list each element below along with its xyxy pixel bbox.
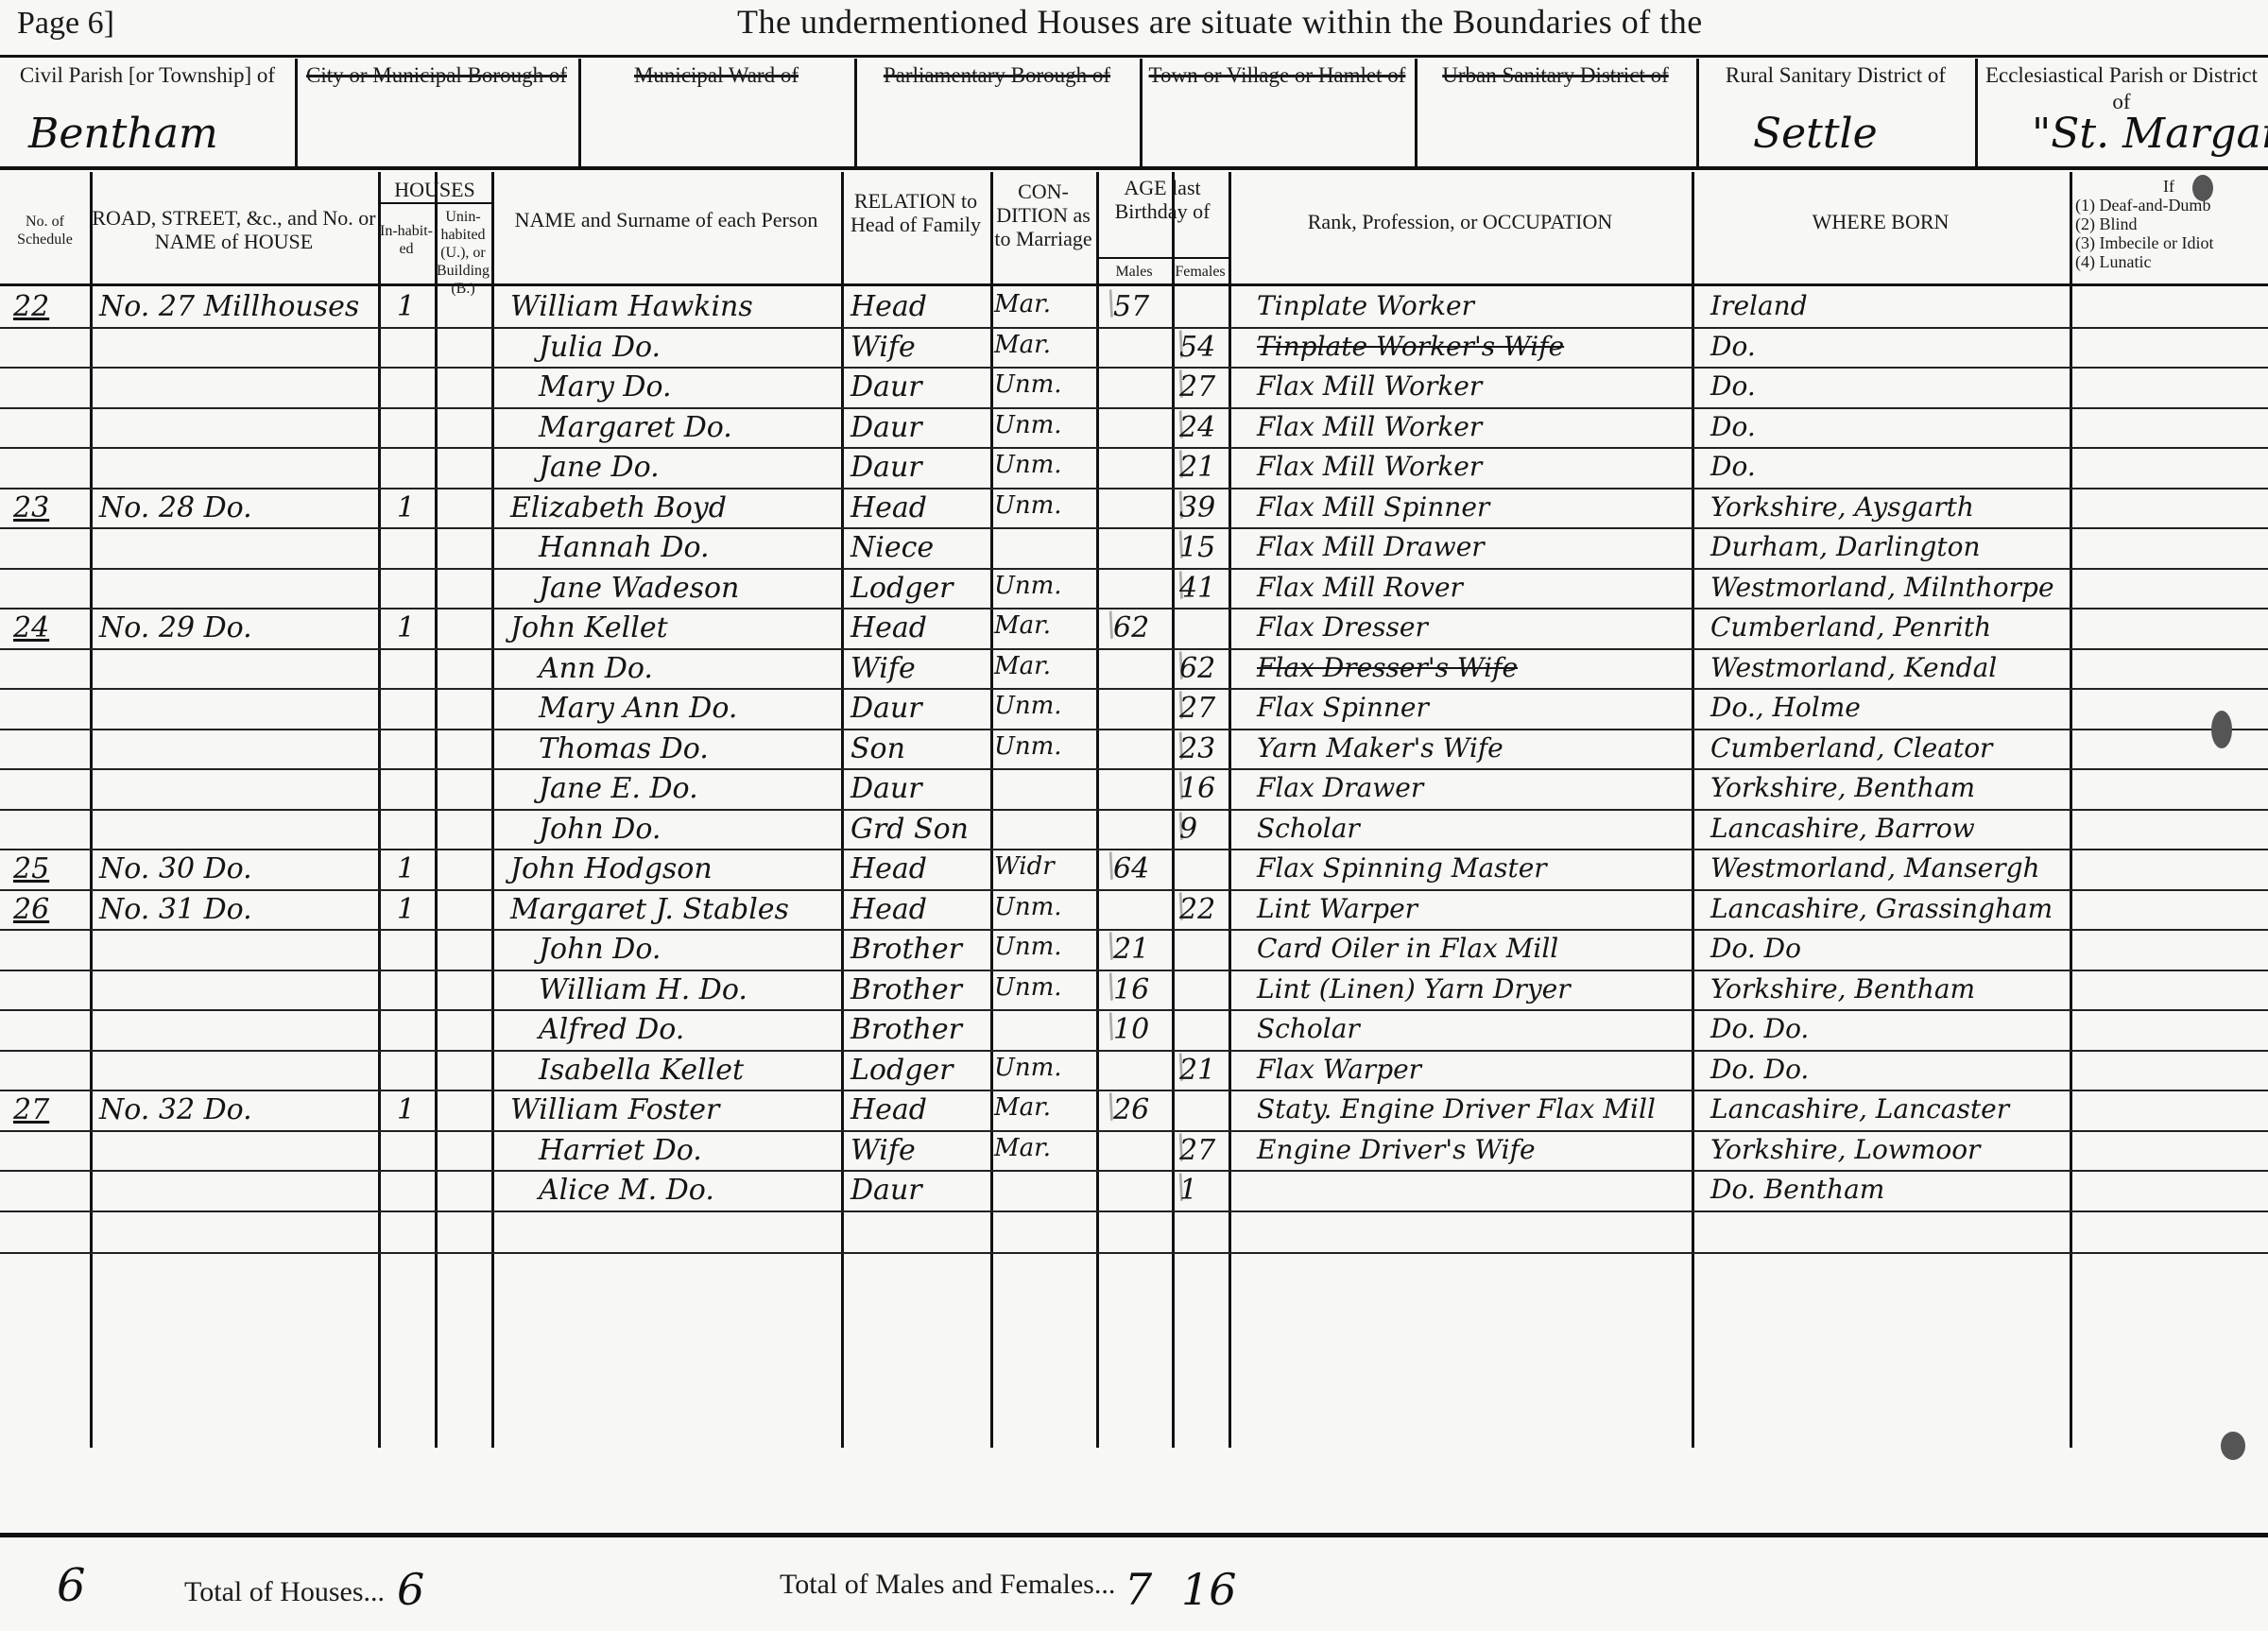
cell-occupation: Scholar	[1257, 813, 1360, 844]
cell-born: Lancashire, Grassingham	[1710, 893, 2053, 924]
cell-condition: Mar.	[994, 652, 1051, 680]
table-row	[0, 409, 2268, 450]
cell-occupation: Flax Mill Worker	[1257, 411, 1482, 442]
column-header-name: NAME and Surname of each Person	[493, 208, 839, 232]
row-line	[0, 1210, 2268, 1212]
cell-born: Yorkshire, Bentham	[1710, 973, 1975, 1004]
column-header-infirm-3: (3) Imbecile or Idiot	[2075, 234, 2264, 252]
cell-name: John Hodgson	[510, 852, 713, 885]
cell-relation: Brother	[850, 1013, 962, 1046]
cell-born: Cumberland, Cleator	[1710, 732, 1992, 764]
cell-schedule: 26	[13, 893, 49, 926]
cell-relation: Daur	[850, 1174, 922, 1207]
cell-occupation: Tinplate Worker's Wife	[1257, 331, 1564, 362]
cell-name: Alice M. Do.	[539, 1174, 714, 1207]
total-houses: 6	[397, 1564, 424, 1615]
cell-name: William Foster	[510, 1093, 719, 1126]
cell-condition: Mar.	[994, 331, 1051, 359]
cell-condition: Unm.	[994, 933, 1062, 961]
cell-relation: Daur	[850, 411, 922, 444]
cell-born: Do. Do	[1710, 933, 1801, 964]
column-header-females: Females	[1172, 263, 1228, 281]
cell-name: Thomas Do.	[539, 732, 709, 765]
cell-inhabited: 1	[397, 491, 415, 524]
cell-condition: Unm.	[994, 491, 1062, 520]
cell-name: William Hawkins	[510, 290, 753, 323]
cell-occupation: Flax Dresser	[1257, 611, 1428, 643]
cell-born: Do. Do.	[1710, 1054, 1809, 1085]
divider	[295, 59, 298, 166]
cell-address: No. 30 Do.	[99, 852, 252, 885]
cell-name: John Do.	[539, 813, 661, 846]
table-row	[0, 329, 2268, 369]
cell-born: Westmorland, Kendal	[1710, 652, 1997, 683]
cell-relation: Son	[850, 732, 905, 765]
cell-relation: Daur	[850, 772, 922, 805]
cell-inhabited: 1	[397, 1093, 415, 1126]
age-underline	[1096, 257, 1228, 259]
cell-condition: Mar.	[994, 611, 1051, 640]
column-header-condition: CON-DITION as to Marriage	[992, 180, 1094, 250]
cell-inhabited: 1	[397, 611, 415, 644]
total-males: 7	[1125, 1564, 1152, 1615]
total-females: 16	[1181, 1564, 1237, 1615]
boundary-label: Municipal Ward of	[584, 62, 849, 89]
cell-relation: Wife	[850, 331, 916, 364]
cell-occupation: Lint (Linen) Yarn Dryer	[1257, 973, 1571, 1004]
cell-occupation: Flax Drawer	[1257, 772, 1423, 803]
cell-relation: Head	[850, 290, 927, 323]
cell-born: Ireland	[1710, 290, 1808, 321]
cell-relation: Head	[850, 491, 927, 524]
cell-name: Ann Do.	[539, 652, 653, 685]
divider	[1415, 59, 1417, 166]
cell-occupation: Card Oiler in Flax Mill	[1257, 933, 1558, 964]
cell-condition: Unm.	[994, 973, 1062, 1002]
cell-born: Lancashire, Barrow	[1710, 813, 1975, 844]
cell-born: Cumberland, Penrith	[1710, 611, 1991, 643]
cell-occupation: Yarn Maker's Wife	[1257, 732, 1503, 764]
cell-born: Yorkshire, Lowmoor	[1710, 1134, 1980, 1165]
cell-born: Do.	[1710, 411, 1756, 442]
boundary-banner: The undermentioned Houses are situate wi…	[737, 2, 1703, 42]
divider	[1696, 59, 1699, 166]
cell-schedule: 27	[13, 1093, 49, 1126]
table-row	[0, 1172, 2268, 1212]
cell-relation: Head	[850, 611, 927, 644]
column-header-schedule: No. of Schedule	[2, 213, 88, 249]
header-bottom-rule	[0, 283, 2268, 286]
boundary-label: Town or Village or Hamlet of	[1145, 62, 1409, 89]
cell-occupation: Flax Mill Drawer	[1257, 531, 1485, 562]
column-header-males: Males	[1096, 263, 1172, 281]
cell-name: Margaret J. Stables	[510, 893, 789, 926]
cell-condition: Mar.	[994, 1134, 1051, 1162]
rule-line	[0, 55, 2268, 58]
cell-address: No. 28 Do.	[99, 491, 252, 524]
table-row	[0, 1052, 2268, 1092]
divider	[1140, 59, 1143, 166]
column-header-infirm-2: (2) Blind	[2075, 215, 2264, 233]
cell-occupation: Tinplate Worker	[1257, 290, 1474, 321]
cell-occupation: Flax Spinner	[1257, 692, 1429, 723]
cell-name: John Kellet	[510, 611, 668, 644]
cell-name: Alfred Do.	[539, 1013, 684, 1046]
table-row	[0, 449, 2268, 489]
ink-blot	[2192, 175, 2213, 201]
cell-name: Harriet Do.	[539, 1134, 702, 1167]
column-header-inhabited: In-habit-ed	[380, 222, 433, 258]
table-row	[0, 690, 2268, 730]
divider	[1975, 59, 1978, 166]
cell-relation: Daur	[850, 692, 922, 725]
cell-schedule: 22	[13, 290, 49, 323]
cell-relation: Head	[850, 852, 927, 885]
cell-name: Mary Do.	[539, 370, 672, 403]
cell-address: No. 29 Do.	[99, 611, 252, 644]
cell-condition: Widr	[994, 852, 1055, 881]
cell-relation: Daur	[850, 370, 922, 403]
cell-relation: Daur	[850, 451, 922, 484]
cell-born: Lancashire, Lancaster	[1710, 1093, 2009, 1125]
ink-blot	[2221, 1432, 2245, 1460]
cell-relation: Niece	[850, 531, 934, 564]
cell-occupation: Flax Mill Worker	[1257, 370, 1482, 402]
cell-born: Do., Holme	[1710, 692, 1861, 723]
cell-name: Jane Do.	[539, 451, 660, 484]
column-header-born: WHERE BORN	[1693, 210, 2068, 233]
cell-condition: Unm.	[994, 732, 1062, 761]
boundary-label: Parliamentary Borough of	[860, 62, 1134, 89]
cell-relation: Head	[850, 1093, 927, 1126]
boundary-label: Civil Parish [or Township] of	[6, 62, 289, 89]
rule-line	[0, 166, 2268, 170]
cell-occupation: Flax Mill Rover	[1257, 572, 1463, 603]
column-header-infirm-4: (4) Lunatic	[2075, 253, 2264, 271]
totals-top-rule	[0, 1533, 2268, 1537]
cell-occupation: Flax Spinning Master	[1257, 852, 1547, 884]
cell-born: Do. Do.	[1710, 1013, 1809, 1044]
boundary-label: Rural Sanitary District of	[1702, 62, 1969, 89]
cell-name: Margaret Do.	[539, 411, 732, 444]
cell-relation: Wife	[850, 1134, 916, 1167]
cell-relation: Brother	[850, 933, 962, 966]
cell-born: Durham, Darlington	[1710, 531, 1980, 562]
cell-born: Do.	[1710, 331, 1756, 362]
houses-underline	[378, 202, 491, 204]
cell-condition: Unm.	[994, 572, 1062, 600]
cell-schedule: 23	[13, 491, 49, 524]
cell-relation: Wife	[850, 652, 916, 685]
cell-born: Do. Bentham	[1710, 1174, 1884, 1205]
divider	[578, 59, 581, 166]
cell-name: John Do.	[539, 933, 661, 966]
table-row	[0, 369, 2268, 409]
cell-condition: Mar.	[994, 1093, 1051, 1122]
cell-inhabited: 1	[397, 290, 415, 323]
cell-name: Elizabeth Boyd	[510, 491, 727, 524]
cell-relation: Lodger	[850, 1054, 954, 1087]
cell-born: Yorkshire, Bentham	[1710, 772, 1975, 803]
cell-born: Westmorland, Milnthorpe	[1710, 572, 2054, 603]
row-line	[0, 1252, 2268, 1254]
cell-address: No. 31 Do.	[99, 893, 252, 926]
cell-name: Jane Wadeson	[539, 572, 739, 605]
cell-relation: Brother	[850, 973, 962, 1006]
cell-occupation: Flax Mill Spinner	[1257, 491, 1489, 523]
cell-inhabited: 1	[397, 893, 415, 926]
cell-name: Hannah Do.	[539, 531, 710, 564]
cell-born: Westmorland, Mansergh	[1710, 852, 2040, 884]
cell-name: Julia Do.	[539, 331, 661, 364]
cell-occupation: Flax Warper	[1257, 1054, 1421, 1085]
column-header-houses: HOUSES	[378, 178, 491, 201]
column-header-infirm-1: (1) Deaf-and-Dumb	[2075, 197, 2264, 215]
cell-condition: Unm.	[994, 692, 1062, 720]
cell-occupation: Staty. Engine Driver Flax Mill	[1257, 1093, 1656, 1125]
total-persons-label: Total of Males and Females...	[780, 1569, 1115, 1601]
cell-occupation: Flax Dresser's Wife	[1257, 652, 1518, 683]
boundary-label: Ecclesiastical Parish or District of	[1981, 62, 2262, 115]
column-header-road: ROAD, STREET, &c., and No. or NAME of HO…	[92, 206, 376, 253]
cell-condition: Unm.	[994, 451, 1062, 479]
boundary-value: Settle	[1753, 110, 1878, 158]
cell-address: No. 32 Do.	[99, 1093, 252, 1126]
divider	[854, 59, 857, 166]
cell-condition: Mar.	[994, 290, 1051, 318]
cell-name: William H. Do.	[539, 973, 747, 1006]
cell-name: Jane E. Do.	[539, 772, 698, 805]
boundary-label: City or Municipal Borough of	[301, 62, 573, 89]
cell-occupation: Engine Driver's Wife	[1257, 1134, 1536, 1165]
cell-relation: Grd Son	[850, 813, 969, 846]
cell-occupation: Scholar	[1257, 1013, 1360, 1044]
cell-born: Do.	[1710, 451, 1756, 482]
page-label: Page 6]	[17, 6, 114, 42]
cell-condition: Unm.	[994, 411, 1062, 439]
cell-occupation: Flax Mill Worker	[1257, 451, 1482, 482]
cell-inhabited: 1	[397, 852, 415, 885]
boundary-value: "St. Margaret"	[2032, 110, 2268, 158]
cell-condition: Unm.	[994, 893, 1062, 921]
column-header-occupation: Rank, Profession, or OCCUPATION	[1230, 210, 1690, 233]
cell-born: Yorkshire, Aysgarth	[1710, 491, 1974, 523]
cell-condition: Unm.	[994, 370, 1062, 399]
column-header-relation: RELATION to Head of Family	[843, 189, 988, 236]
cell-schedule: 25	[13, 852, 49, 885]
cell-occupation: Lint Warper	[1257, 893, 1417, 924]
cell-name: Mary Ann Do.	[539, 692, 737, 725]
cell-relation: Lodger	[850, 572, 954, 605]
cell-name: Isabella Kellet	[539, 1054, 744, 1087]
cell-address: No. 27 Millhouses	[99, 290, 359, 323]
total-houses-label: Total of Houses...	[184, 1576, 385, 1608]
cell-born: Do.	[1710, 370, 1756, 402]
cell-condition: Unm.	[994, 1054, 1062, 1082]
column-header-uninhabited: Unin-habited (U.), or Building (B.)	[437, 208, 490, 298]
ink-blot	[2211, 711, 2232, 748]
boundary-value: Bentham	[28, 110, 218, 158]
total-schedules: 6	[57, 1559, 86, 1612]
column-header-infirm-title: If	[2070, 178, 2268, 196]
column-header-age: AGE last Birthday of	[1096, 176, 1228, 223]
cell-relation: Head	[850, 893, 927, 926]
cell-schedule: 24	[13, 611, 49, 644]
boundary-label: Urban Sanitary District of	[1420, 62, 1691, 89]
